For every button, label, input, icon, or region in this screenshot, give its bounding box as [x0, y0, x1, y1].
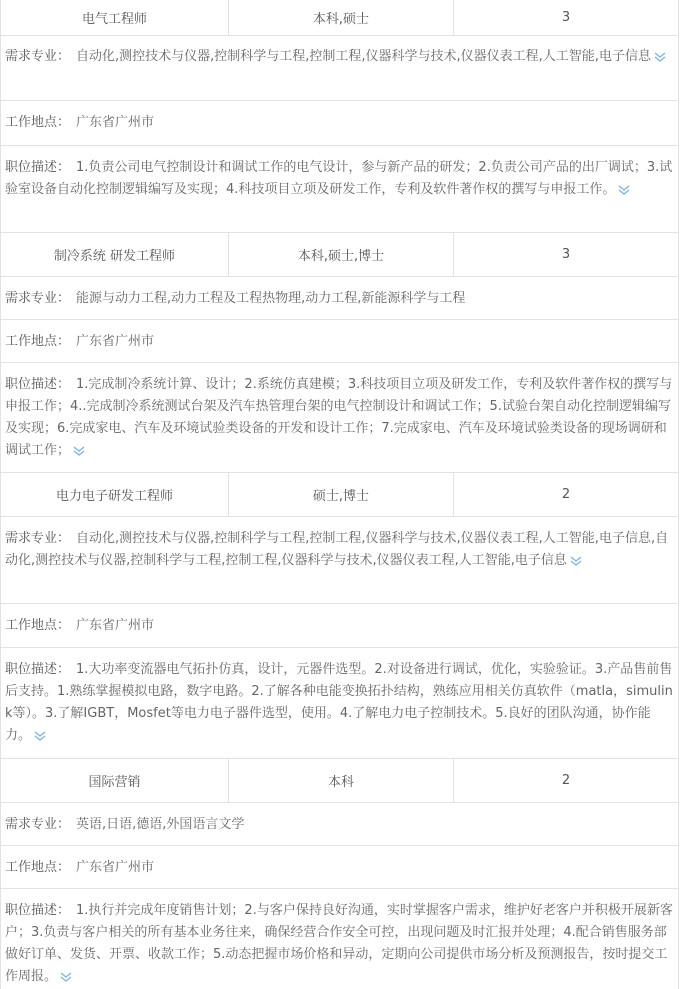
job-location-row: 工作地点：广东省广州市: [1, 604, 678, 648]
job-education: 本科,硕士,博士: [229, 233, 454, 276]
description-value: 1.完成制冷系统计算、设计；2.系统仿真建模；3.科技项目立项及研发工作，专利及…: [5, 377, 672, 458]
job-major-row: 需求专业：自动化,测控技术与仪器,控制科学与工程,控制工程,仪器科学与技术,仪器…: [1, 517, 678, 604]
job-major-row: 需求专业：能源与动力工程,动力工程及工程热物理,动力工程,新能源科学与工程: [1, 277, 678, 320]
location-label: 工作地点：: [5, 860, 76, 875]
job-location-row: 工作地点：广东省广州市: [1, 846, 678, 889]
location-label: 工作地点：: [5, 334, 76, 349]
double-chevron-down-icon[interactable]: [617, 184, 631, 196]
major-value: 自动化,测控技术与仪器,控制科学与工程,控制工程,仪器科学与技术,仪器仪表工程,…: [76, 49, 651, 64]
description-value: 1.执行并完成年度销售计划；2.与客户保持良好沟通，实时掌握客户需求，维护好老客…: [5, 903, 673, 984]
description-label: 职位描述：: [5, 377, 76, 392]
job-header-row: 国际营销 本科 2: [1, 759, 678, 803]
description-value: 1.负责公司电气控制设计和调试工作的电气设计，参与新产品的研发；2.负责公司产品…: [5, 160, 672, 197]
job-title: 电气工程师: [1, 0, 229, 35]
double-chevron-down-icon[interactable]: [59, 971, 73, 983]
double-chevron-down-icon[interactable]: [653, 51, 667, 63]
location-value: 广东省广州市: [76, 618, 154, 633]
description-label: 职位描述：: [5, 662, 76, 677]
location-value: 广东省广州市: [76, 115, 154, 130]
job-title: 制冷系统 研发工程师: [1, 233, 229, 276]
job-description-row: 职位描述：1.完成制冷系统计算、设计；2.系统仿真建模；3.科技项目立项及研发工…: [1, 363, 678, 473]
job-location-row: 工作地点：广东省广州市: [1, 320, 678, 363]
location-label: 工作地点：: [5, 618, 76, 633]
major-label: 需求专业：: [5, 817, 76, 832]
double-chevron-down-icon[interactable]: [33, 730, 47, 742]
major-label: 需求专业：: [5, 291, 76, 306]
job-description-row: 职位描述：1.大功率变流器电气拓扑仿真，设计，元器件选型。2.对设备进行调试，优…: [1, 648, 678, 759]
job-education: 本科,硕士: [229, 0, 454, 35]
job-education: 本科: [229, 759, 454, 802]
job-education: 硕士,博士: [229, 473, 454, 516]
major-value: 英语,日语,德语,外国语言文学: [76, 817, 244, 832]
job-title: 电力电子研发工程师: [1, 473, 229, 516]
location-value: 广东省广州市: [76, 860, 154, 875]
major-label: 需求专业：: [5, 49, 76, 64]
job-major-row: 需求专业：自动化,测控技术与仪器,控制科学与工程,控制工程,仪器科学与技术,仪器…: [1, 36, 678, 101]
job-location-row: 工作地点：广东省广州市: [1, 101, 678, 146]
location-value: 广东省广州市: [76, 334, 154, 349]
job-major-row: 需求专业：英语,日语,德语,外国语言文学: [1, 803, 678, 846]
description-label: 职位描述：: [5, 903, 76, 918]
description-label: 职位描述：: [5, 160, 76, 175]
description-value: 1.大功率变流器电气拓扑仿真，设计，元器件选型。2.对设备进行调试，优化，实验验…: [5, 662, 673, 743]
major-value: 能源与动力工程,动力工程及工程热物理,动力工程,新能源科学与工程: [76, 291, 465, 306]
job-header-row: 制冷系统 研发工程师 本科,硕士,博士 3: [1, 233, 678, 277]
job-description-row: 职位描述：1.负责公司电气控制设计和调试工作的电气设计，参与新产品的研发；2.负…: [1, 146, 678, 233]
major-label: 需求专业：: [5, 531, 76, 546]
job-listing-table: 电气工程师 本科,硕士 3 需求专业：自动化,测控技术与仪器,控制科学与工程,控…: [0, 0, 679, 989]
job-title: 国际营销: [1, 759, 229, 802]
job-count: 2: [454, 759, 678, 802]
double-chevron-down-icon[interactable]: [72, 445, 86, 457]
job-header-row: 电气工程师 本科,硕士 3: [1, 0, 678, 36]
job-count: 3: [454, 0, 678, 35]
double-chevron-down-icon[interactable]: [569, 555, 583, 567]
job-count: 2: [454, 473, 678, 516]
job-count: 3: [454, 233, 678, 276]
location-label: 工作地点：: [5, 115, 76, 130]
job-description-row: 职位描述：1.执行并完成年度销售计划；2.与客户保持良好沟通，实时掌握客户需求，…: [1, 889, 678, 989]
job-header-row: 电力电子研发工程师 硕士,博士 2: [1, 473, 678, 517]
